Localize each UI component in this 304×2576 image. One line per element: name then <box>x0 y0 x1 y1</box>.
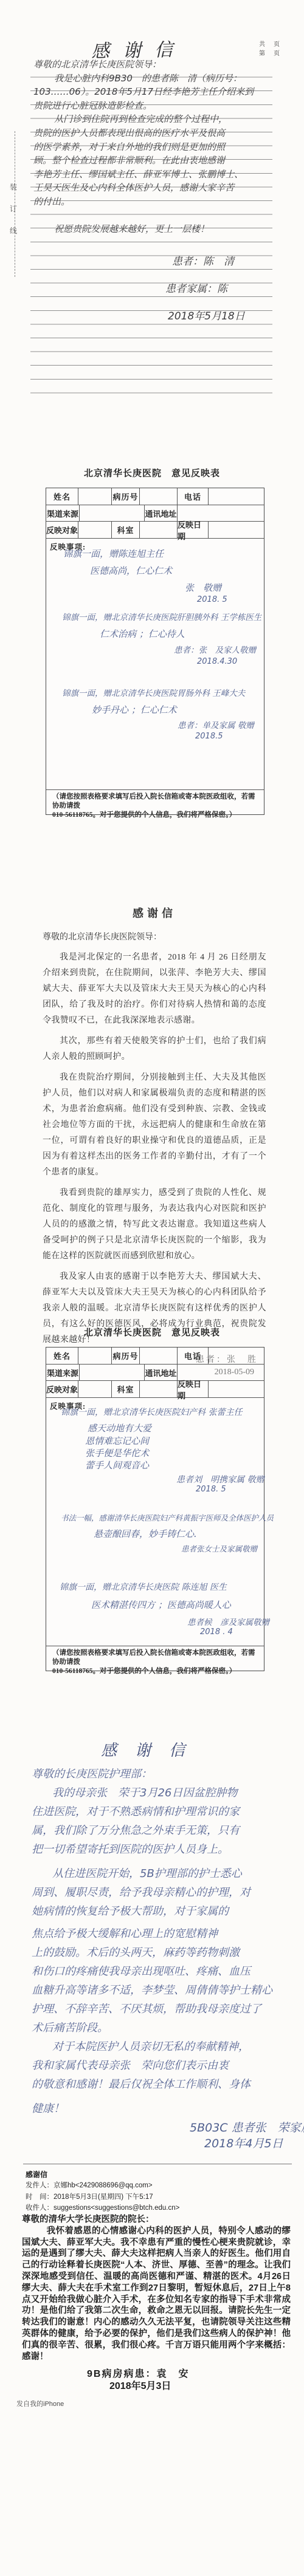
letter1-line: 李艳芳主任、缪国斌主任、薛亚军博士、张鹏博士、 <box>33 168 272 182</box>
blue-letter-body: 尊敬的长庚医院护理部： 我的母亲张 荣于3月26日因盆腔肿物 住进医院，对于不熟… <box>32 1765 281 2118</box>
page-count-labels: 共 页 第 页 <box>259 40 281 58</box>
blue-letter-line: 和伤口的疼痛使我母亲出现呕吐、疼痛、血压 <box>32 1962 281 1981</box>
label-dept: 科室 <box>112 1381 140 1397</box>
form1-title: 北京清华长庚医院 意见反映表 <box>0 466 304 479</box>
blue-letter-line: 焦点给予极大缓解和心理上的宽慰精神 <box>32 1924 281 1943</box>
form-row: 渠道来源 通讯地址 <box>46 505 264 522</box>
label-name: 姓名 <box>46 488 78 505</box>
form2-matters-cell: 反映事项: 锦旗一面，赠北京清华长庚医院妇产科 张蕾主任 感天动地有大爱 恩情难… <box>46 1398 264 1646</box>
email-date: 2018年5月3日 <box>109 2378 171 2392</box>
value-name <box>78 1348 112 1364</box>
form1-entry2-line: 锦旗一面，赠北京清华长庚医院肝胆胰外科 王学栋医生 <box>62 610 261 622</box>
typed-letter-paragraph: 其次，那些有着天使般笑容的护士们，也给了我们病人亲人般的照顾呵护。 <box>43 1034 266 1065</box>
blue-letter-line: 住进医院，对于不熟悉病情和护理常识的家 <box>32 1802 281 1821</box>
value-phone <box>209 488 264 505</box>
blue-letter-line: 属，我们除了万分焦急之外束手无策，只有 <box>32 1821 281 1840</box>
form1-entry3-line: 锦旗一面，赠北京清华长庚医院胃肠外科 王峰大夫 <box>62 686 245 698</box>
footer-line: 010-56118765。对于您提供的个人信息，我们将严格保密。） <box>52 811 259 820</box>
form1-entry2-date: 2018.4.30 <box>197 657 237 666</box>
value-dept <box>140 1381 178 1397</box>
letter1-signature-date: 2018年5月18日 <box>168 307 245 322</box>
blue-letter-line: 她病情的恢复给予极大帮助，对于家属的 <box>32 1902 281 1921</box>
pages-current-label: 第 页 <box>259 49 281 58</box>
email-time: 时 间：2018年5月3日(星期四) 下午5:17 <box>26 2192 179 2203</box>
typed-letter-title: 感谢信 <box>43 905 266 921</box>
value-channel <box>80 1365 145 1380</box>
form2-entry1-date: 2018. 5 <box>196 1485 226 1494</box>
blue-letter-line: 对于本院医护人员亲切无私的奉献精神， <box>32 2037 281 2056</box>
form2-entry3-date: 2018 . 4 <box>200 1627 233 1637</box>
label-date: 反映日期 <box>178 1381 209 1397</box>
form-row: 渠道来源 通讯地址 <box>46 1365 264 1381</box>
form2-entry1-line: 恩情难忘记心间 <box>85 1434 149 1447</box>
value-name <box>78 488 112 505</box>
blue-letter-title: 感谢信 <box>0 1738 304 1760</box>
letter1-body: 尊敬的北京清华长庚医院领导： 我是心脏内科9B30 的患者陈 清（病历号： 10… <box>33 58 272 236</box>
email-to: 收件人：suggestions<suggestions@btch.edu.cn> <box>26 2203 179 2214</box>
typed-letter-paragraph: 我看到贵院的雄厚实力，感受到了贵院的人性化、规范化、制度化的管理与服务，为表达我… <box>43 1185 266 1264</box>
email-headers: 发件人：京娜hb<2429088696@qq.com> 时 间：2018年5月3… <box>26 2180 179 2214</box>
letter1-line: 祝愿贵院发展越来越好，更上一层楼！ <box>33 222 272 236</box>
label-phone: 电话 <box>178 488 209 505</box>
footer-line: 010-56118765。对于您提供的个人信息，我们将严格保密。） <box>52 1667 259 1676</box>
blue-letter-line: 周到、履职尽责，给予我母亲精心的护理，对 <box>32 1883 281 1902</box>
label-phone: 电话 <box>178 1348 209 1364</box>
form1-entry2-line: 仁术治病 ；仁心待人 <box>100 627 185 640</box>
label-record-no: 病历号 <box>112 488 140 505</box>
blue-letter-line: 护理、不辞辛苦、不厌其烦，帮助我母亲度过了 <box>32 2000 281 2019</box>
blue-letter-line: 的敬意和感谢！最后仅祝全体工作顺利、身体 <box>32 2075 281 2094</box>
form-row: 姓名 病历号 电话 <box>46 1348 264 1365</box>
blue-letter-line: 尊敬的长庚医院护理部： <box>32 1765 281 1784</box>
blue-letter-signature: 5B03C 患者张 荣家属 <box>190 2119 304 2135</box>
letter1-line: 从门诊到住院再到检查完成的整个过程中， <box>33 112 272 126</box>
form1-entry3-line: 妙手丹心 ；仁心仁术 <box>92 703 177 716</box>
letter1-signature-patient: 患者：陈 清 <box>172 253 234 268</box>
blue-letter-line: 从住进医院开始，5B护理部的护士悉心 <box>32 1864 281 1883</box>
letter1-line: 的医学素养，对于来自外地的我们则是更加的照 <box>33 140 272 154</box>
letter1-line: 贵院进行心脏冠脉造影检查。 <box>33 99 272 113</box>
typed-letter-salutation: 尊敬的北京清华长庚医院领导： <box>43 930 266 942</box>
binding-char: 装 <box>10 182 18 192</box>
value-phone <box>209 1348 264 1364</box>
letter1-line: 贵院的医护人员都表现出很高的医疗水平及很高 <box>33 126 272 140</box>
sent-from-iphone-label: 发自我的iPhone <box>16 2399 64 2408</box>
value-dept <box>140 522 178 538</box>
form1-entry1-date: 2018. 5 <box>197 595 227 604</box>
form2-title: 北京清华长庚医院 意见反映表 <box>0 1326 304 1338</box>
blue-letter-line: 把一切希望寄托到医院的医护人员身上。 <box>32 1840 281 1859</box>
value-channel <box>80 505 145 521</box>
blue-letter-line: 我的母亲张 荣于3月26日因盆腔肿物 <box>32 1784 281 1802</box>
value-date <box>209 1381 264 1397</box>
letter1-line: 的付出。 <box>33 195 272 209</box>
blue-letter-line: 我和家属代表母亲张 荣向您们表示由衷 <box>32 2056 281 2075</box>
blue-letter-line: 血糖升高等诸多不适，李梦莹、周倩倩等护士精心 <box>32 1981 281 2000</box>
email-from: 发件人：京娜hb<2429088696@qq.com> <box>26 2180 179 2192</box>
blue-letter-line: 术后痛苦阶段。 <box>32 2019 281 2037</box>
form1-entry1-line: 医德高尚，仁心仁术 <box>90 564 172 577</box>
value-record-no <box>140 488 178 505</box>
label-record-no: 病历号 <box>112 1348 140 1364</box>
email-subject: 感谢信 <box>26 2169 47 2179</box>
footer-line: （请您按照表格要求填写后投入院长信箱或寄本院医政组收，若需协助请拨 <box>52 1649 259 1667</box>
value-target <box>78 1381 112 1397</box>
letter1-line: 尊敬的北京清华长庚医院领导： <box>33 58 272 72</box>
letter1-line: 王昊天医生及心内科全体医护人员，感谢大家辛苦 <box>33 181 272 195</box>
binding-char: 线 <box>10 225 18 236</box>
form2-entry1-signature: 患者刘 明携家属 敬赠 <box>176 1473 264 1485</box>
form1-table: 姓名 病历号 电话 渠道来源 通讯地址 反映对象 科室 反映日期 <box>46 488 264 815</box>
label-name: 姓名 <box>46 1348 78 1364</box>
label-target: 反映对象 <box>46 522 78 538</box>
blue-letter-line: 上的鼓励。术后的头两天，麻药等药物刺激 <box>32 1943 281 1962</box>
value-target <box>78 522 112 538</box>
email-separator <box>23 2164 292 2164</box>
form1-matters-cell: 反映事项: 锦旗一面，赠陈连旭主任 医德高尚，仁心仁术 张 敬赠 2018. 5… <box>46 539 264 790</box>
form1-entry3-date: 2018.5 <box>195 732 223 741</box>
form2-entry1-line: 张手便是华佗术 <box>85 1446 149 1459</box>
value-record-no <box>140 1348 178 1364</box>
blue-letter-line: 健康！ <box>32 2099 281 2118</box>
email-paragraph: 我怀着感恩的心情感谢心内科的医护人员，特别令人感动的缪国斌大夫、薛亚军大夫。我不… <box>22 2226 291 2363</box>
form1-entry1-line: 锦旗一面，赠陈连旭主任 <box>63 547 164 560</box>
letter1-line: 103……06）。2018年5月17日经李艳芳主任介绍来到 <box>33 85 272 99</box>
form-row: 姓名 病历号 电话 <box>46 488 264 505</box>
binding-char: 订 <box>10 203 18 214</box>
letter1-line: 顾。整个检查过程都非常顺利。在此由衷地感谢 <box>33 154 272 168</box>
form2-footer-note: （请您按照表格要求填写后投入院长信箱或寄本院医政组收，若需协助请拨 010-56… <box>46 1646 264 1671</box>
scanned-thank-you-letters: 感谢信 共 页 第 页 装 订 线 尊敬的北京清华长庚医院领导： 我是心脏内科9… <box>0 0 304 2576</box>
label-date: 反映日期 <box>178 522 209 538</box>
letter1-signature-family: 患者家属：陈 <box>165 280 227 295</box>
form2-entry1-line: 感天动地有大爱 <box>88 1422 151 1434</box>
label-address: 通讯地址 <box>145 1365 178 1380</box>
form2-entry2-signature: 患者张女士及家属敬赠 <box>181 1543 257 1554</box>
form2-entry2-line: 书法一幅，感谢清华长庚医院妇产科黄振宇医师及全体医护人员 <box>61 1512 274 1523</box>
typed-letter: 感谢信 尊敬的北京清华长庚医院领导： 我是河北保定的一名患者，2018 年 4 … <box>43 905 266 1377</box>
value-date <box>209 522 264 538</box>
label-dept: 科室 <box>112 522 140 538</box>
pages-total-label: 共 页 <box>259 40 281 49</box>
form2-entry2-line: 悬壶酿回春，妙手铸仁心. <box>94 1527 197 1540</box>
form1-entry1-signature: 张 敬赠 <box>185 581 221 594</box>
form2-entry3-line: 锦旗一面，赠北京清华长庚医院 陈连旭 医生 <box>60 1581 227 1593</box>
label-channel: 渠道来源 <box>46 1365 80 1380</box>
email-salutation: 尊敬的清华大学长庚医院的院长： <box>22 2214 291 2226</box>
email-body: 尊敬的清华大学长庚医院的院长： 我怀着感恩的心情感谢心内科的医护人员，特别令人感… <box>22 2214 291 2362</box>
blue-letter-date: 2018年4月5日 <box>204 2135 283 2151</box>
form2-table: 姓名 病历号 电话 渠道来源 通讯地址 反映对象 科室 反映日期 <box>46 1347 264 1671</box>
form-row: 反映对象 科室 反映日期 <box>46 1381 264 1398</box>
form-row: 反映对象 科室 反映日期 <box>46 522 264 539</box>
label-target: 反映对象 <box>46 1381 78 1397</box>
form1-entry3-signature: 患者：单及家属 敬赠 <box>178 718 254 731</box>
label-channel: 渠道来源 <box>46 505 80 521</box>
form1-footer-note: （请您按照表格要求填写后投入院长信箱或寄本院医政组收，若需协助请拨 010-56… <box>46 790 264 814</box>
form2-entry3-signature: 患者候 彦及家属敬赠 <box>187 1615 269 1627</box>
footer-line: （请您按照表格要求填写后投入院长信箱或寄本院医政组收，若需协助请拨 <box>52 792 259 811</box>
typed-letter-paragraph: 我在贵院治疗期间，分别接触到主任、大夫及其他医护人员，他们以对病人和家属极端负责… <box>43 1070 266 1181</box>
label-address: 通讯地址 <box>145 505 178 521</box>
letter1-line: 我是心脏内科9B30 的患者陈 清（病历号： <box>33 72 272 86</box>
typed-letter-paragraph: 我是河北保定的一名患者，2018 年 4 月 26 日经朋友介绍来到贵院，在住院… <box>43 950 266 1029</box>
form2-entry3-line: 医术精湛传四方 ；医德高尚暖人心 <box>91 1598 231 1611</box>
form2-entry1-line: 蕾手人间观音心 <box>85 1459 149 1471</box>
form1-entry2-signature: 患者：张 及家人敬赠 <box>174 643 256 655</box>
form2-entry1-line: 锦旗一面，赠北京清华长庚医院妇产科 张蕾主任 <box>61 1406 242 1418</box>
